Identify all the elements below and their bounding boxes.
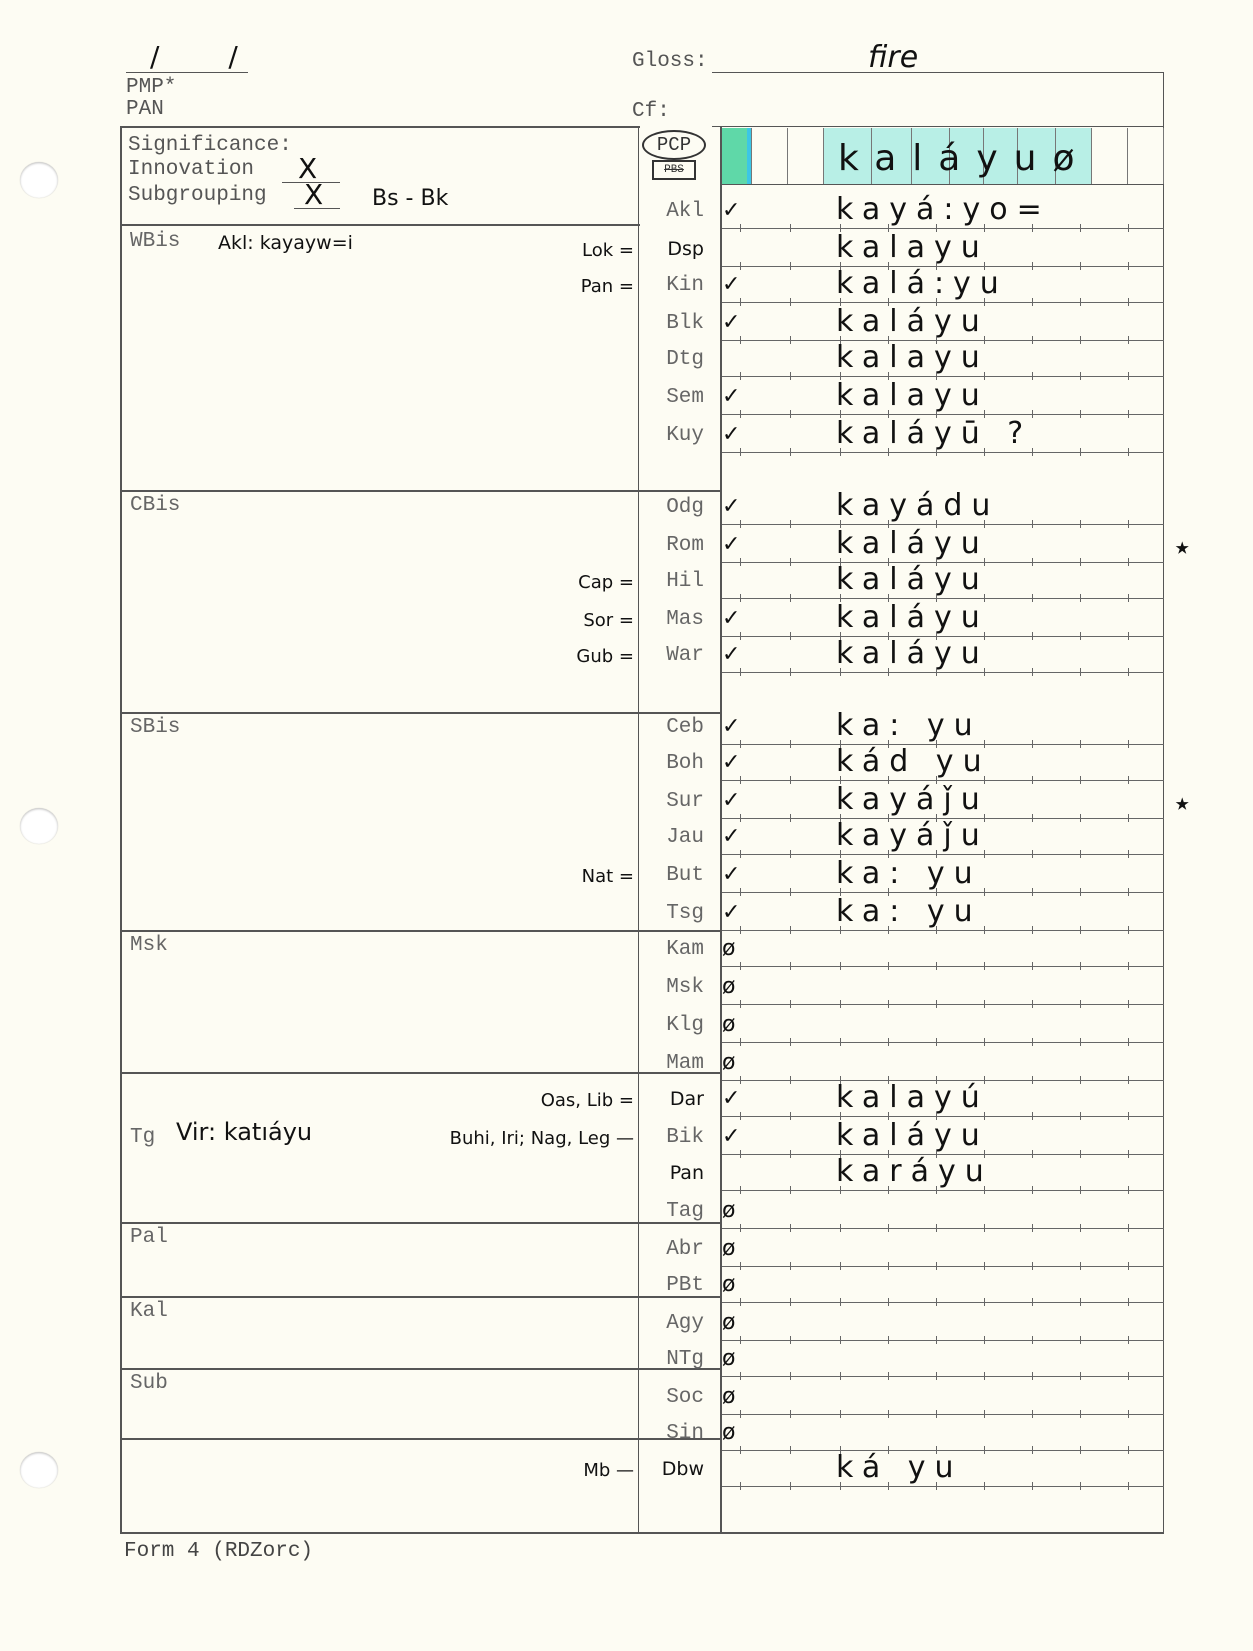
grid-tick xyxy=(740,224,741,232)
reflex-form[interactable]: kaláyu xyxy=(836,562,989,597)
grid-tick xyxy=(1128,298,1129,306)
grid-tick xyxy=(984,1038,985,1046)
grid-tick xyxy=(1080,1150,1081,1158)
grid-tick xyxy=(888,1410,889,1418)
absent-mark[interactable]: ø xyxy=(722,1236,735,1261)
reflex-form[interactable]: ká yu xyxy=(836,1450,963,1485)
grid-tick xyxy=(1080,668,1081,676)
punch-hole-middle xyxy=(20,808,58,844)
reflex-form[interactable]: kayá:yo= xyxy=(836,192,1051,227)
grid-tick xyxy=(984,888,985,896)
grid-tick xyxy=(1080,262,1081,270)
grid-tick xyxy=(1128,558,1129,566)
grid-tick xyxy=(740,926,741,934)
grid-tick xyxy=(1128,926,1129,934)
subgrouping-underline xyxy=(294,208,340,209)
pan-label: PAN xyxy=(126,98,164,121)
grid-tick xyxy=(1128,962,1129,970)
language-code: Tag xyxy=(628,1200,704,1223)
grid-tick xyxy=(840,668,841,676)
grid-tick xyxy=(1128,668,1129,676)
grid-tick xyxy=(936,668,937,676)
grid-tick xyxy=(790,850,791,858)
grid-tick xyxy=(984,1446,985,1454)
grid-tick xyxy=(740,1186,741,1194)
subgrouping-value[interactable]: X xyxy=(304,178,323,211)
protoform-cell xyxy=(1128,128,1164,184)
grid-tick xyxy=(740,1076,741,1084)
reflex-form[interactable]: kaláyu xyxy=(836,1118,989,1153)
protoform-cell xyxy=(752,128,788,184)
reflex-form[interactable]: kalayú xyxy=(836,1080,989,1115)
grid-tick xyxy=(888,1336,889,1344)
grid-tick xyxy=(1080,558,1081,566)
grid-tick xyxy=(1080,448,1081,456)
grid-tick xyxy=(1032,1150,1033,1158)
language-equivalence-note: Buhi, Iri; Nag, Leg — xyxy=(450,1128,634,1149)
row-rule xyxy=(722,1042,1164,1043)
reflex-form[interactable]: ka: yu xyxy=(836,856,982,891)
language-code: Tsg xyxy=(628,902,704,925)
reflex-form[interactable]: karáyu xyxy=(836,1154,993,1189)
reflex-form[interactable]: kayáǰu xyxy=(836,782,989,817)
absent-mark[interactable]: ø xyxy=(722,1012,735,1037)
grid-tick xyxy=(790,1336,791,1344)
checkmark-icon[interactable]: ✓ xyxy=(722,532,740,557)
language-code: Klg xyxy=(628,1014,704,1037)
pbs-label-struck: PBS xyxy=(652,160,696,180)
grid-tick xyxy=(888,1298,889,1306)
language-code: Sur xyxy=(628,790,704,813)
grid-tick xyxy=(1080,1336,1081,1344)
grid-tick xyxy=(740,448,741,456)
grid-tick xyxy=(1032,1410,1033,1418)
grid-tick xyxy=(1080,1000,1081,1008)
grid-tick xyxy=(840,1224,841,1232)
grid-tick xyxy=(1032,888,1033,896)
grid-tick xyxy=(740,888,741,896)
grid-tick xyxy=(936,1262,937,1270)
grid-tick xyxy=(1032,776,1033,784)
language-equivalence-note: Nat = xyxy=(582,866,634,887)
grid-tick xyxy=(1032,962,1033,970)
reflex-form[interactable]: ka: yu xyxy=(836,708,982,743)
reflex-form[interactable]: ka: yu xyxy=(836,894,982,929)
row-rule xyxy=(722,1302,1164,1303)
protoform-cell xyxy=(1092,128,1128,184)
grid-tick xyxy=(936,1336,937,1344)
row-rule xyxy=(722,598,1164,599)
grid-tick xyxy=(936,1482,937,1490)
reflex-form[interactable]: kaláyū ? xyxy=(836,416,1032,451)
grid-tick xyxy=(790,888,791,896)
absent-mark[interactable]: ø xyxy=(722,1310,735,1335)
checkmark-icon[interactable]: ✓ xyxy=(722,900,740,925)
grid-tick xyxy=(984,1262,985,1270)
grid-tick xyxy=(936,1224,937,1232)
grid-tick xyxy=(740,1336,741,1344)
reflex-form[interactable]: kayádu xyxy=(836,488,999,523)
grid-tick xyxy=(740,262,741,270)
grid-tick xyxy=(1128,1186,1129,1194)
grid-tick xyxy=(1128,850,1129,858)
grid-tick xyxy=(888,668,889,676)
grid-tick xyxy=(790,668,791,676)
grid-tick xyxy=(888,1224,889,1232)
language-code: Msk xyxy=(628,976,704,999)
date-field[interactable]: / / xyxy=(150,40,268,73)
section-divider xyxy=(120,712,722,714)
grid-tick xyxy=(790,372,791,380)
section-divider xyxy=(120,490,722,492)
grid-tick xyxy=(1032,336,1033,344)
grid-tick xyxy=(1128,1038,1129,1046)
grid-tick xyxy=(1080,520,1081,528)
grid-tick xyxy=(1032,1262,1033,1270)
grid-tick xyxy=(1032,1372,1033,1380)
grid-tick xyxy=(790,298,791,306)
grid-tick xyxy=(790,1446,791,1454)
form-footer: Form 4 (RDZorc) xyxy=(124,1540,313,1563)
language-code: Ceb xyxy=(628,716,704,739)
section-divider xyxy=(120,930,722,932)
grid-tick xyxy=(1032,668,1033,676)
absent-mark[interactable]: ø xyxy=(722,1420,735,1445)
grid-tick xyxy=(740,1112,741,1120)
grid-tick xyxy=(790,1262,791,1270)
grid-tick xyxy=(740,1446,741,1454)
language-code: Sem xyxy=(628,386,704,409)
grid-tick xyxy=(984,1000,985,1008)
language-code: Agy xyxy=(628,1312,704,1335)
grid-tick xyxy=(1032,1112,1033,1120)
reflex-form[interactable]: kaláyu xyxy=(836,600,989,635)
checkmark-icon[interactable]: ✓ xyxy=(722,788,740,813)
grid-tick xyxy=(888,1372,889,1380)
grid-tick xyxy=(1032,372,1033,380)
reflex-form[interactable]: kaláyu xyxy=(836,636,989,671)
grid-tick xyxy=(740,1372,741,1380)
row-rule xyxy=(722,892,1164,893)
grid-tick xyxy=(936,1410,937,1418)
grid-tick xyxy=(936,1298,937,1306)
grid-tick xyxy=(1128,814,1129,822)
language-code: Blk xyxy=(628,312,704,335)
row-rule xyxy=(722,1266,1164,1267)
grid-tick xyxy=(740,520,741,528)
grid-tick xyxy=(1080,1038,1081,1046)
grid-tick xyxy=(888,448,889,456)
grid-tick xyxy=(1128,1000,1129,1008)
reflex-form[interactable]: kayáǰu xyxy=(836,818,989,853)
language-code: Mam xyxy=(628,1052,704,1075)
grid-tick xyxy=(1128,1262,1129,1270)
innovation-label: Innovation xyxy=(128,158,254,181)
grid-tick xyxy=(840,1000,841,1008)
grid-tick xyxy=(740,1298,741,1306)
grid-tick xyxy=(1032,594,1033,602)
grid-tick xyxy=(790,262,791,270)
grid-tick xyxy=(1128,1372,1129,1380)
frame-top-left xyxy=(120,126,640,128)
language-code: Rom xyxy=(628,534,704,557)
grid-tick xyxy=(740,336,741,344)
grid-tick xyxy=(1080,1446,1081,1454)
grid-tick xyxy=(740,850,741,858)
protoform-cell xyxy=(788,128,824,184)
grid-tick xyxy=(1128,1150,1129,1158)
language-equivalence-note: Sor = xyxy=(583,610,634,631)
checkmark-icon[interactable]: ✓ xyxy=(722,642,740,667)
checkmark-icon[interactable]: ✓ xyxy=(722,862,740,887)
grid-tick xyxy=(740,1000,741,1008)
language-code: War xyxy=(628,644,704,667)
reflex-form[interactable]: kalayu xyxy=(836,340,989,375)
absent-mark[interactable]: ø xyxy=(722,1272,735,1297)
grid-tick xyxy=(1128,1482,1129,1490)
grid-tick xyxy=(1032,520,1033,528)
row-rule xyxy=(722,1340,1164,1341)
language-equivalence-note: Oas, Lib = xyxy=(541,1090,634,1111)
frame-top-right xyxy=(712,126,1164,127)
section-note: Vir: katıáyu xyxy=(176,1118,312,1146)
protoform-value[interactable]: kaláyuø xyxy=(838,138,1090,179)
grid-tick xyxy=(740,1150,741,1158)
language-code: But xyxy=(628,864,704,887)
row-rule xyxy=(722,854,1164,855)
grid-tick xyxy=(1128,632,1129,640)
grid-tick xyxy=(1128,1076,1129,1084)
grid-tick xyxy=(984,1482,985,1490)
reflex-form[interactable]: kád yu xyxy=(836,744,991,779)
reflex-form[interactable]: kalayu xyxy=(836,230,989,265)
grid-tick xyxy=(1128,888,1129,896)
grid-tick xyxy=(790,926,791,934)
grid-tick xyxy=(984,850,985,858)
checkmark-icon[interactable]: ✓ xyxy=(722,422,740,447)
grid-tick xyxy=(1032,1298,1033,1306)
grid-tick xyxy=(984,962,985,970)
grid-tick xyxy=(1128,448,1129,456)
grid-tick xyxy=(984,926,985,934)
grid-tick xyxy=(840,1262,841,1270)
grid-tick xyxy=(1128,336,1129,344)
grid-tick xyxy=(984,1336,985,1344)
language-code: Akl xyxy=(628,200,704,223)
gloss-label: Gloss: xyxy=(632,50,708,73)
significance-bottom xyxy=(120,224,640,226)
grid-tick xyxy=(1080,1410,1081,1418)
checkmark-icon[interactable]: ✓ xyxy=(722,494,740,519)
grid-tick xyxy=(840,1298,841,1306)
section-label: Msk xyxy=(130,934,168,957)
reflex-form[interactable]: kaláyu xyxy=(836,526,989,561)
gloss-value[interactable]: fire xyxy=(868,40,918,75)
grid-tick xyxy=(790,962,791,970)
grid-tick xyxy=(1128,1224,1129,1232)
grid-tick xyxy=(790,224,791,232)
absent-mark[interactable]: ø xyxy=(722,1384,735,1409)
grid-tick xyxy=(1032,632,1033,640)
grid-tick xyxy=(740,776,741,784)
checkmark-icon[interactable]: ✓ xyxy=(722,1086,740,1111)
grid-tick xyxy=(1080,888,1081,896)
grid-tick xyxy=(740,632,741,640)
grid-tick xyxy=(1032,1224,1033,1232)
language-code: Dar xyxy=(628,1088,704,1110)
absent-mark[interactable]: ø xyxy=(722,1050,735,1075)
row-rule xyxy=(722,966,1164,967)
row-rule xyxy=(722,1228,1164,1229)
grid-tick xyxy=(984,1410,985,1418)
language-code: Dtg xyxy=(628,348,704,371)
grid-tick xyxy=(840,926,841,934)
language-code: Bik xyxy=(628,1126,704,1149)
language-code: Pan xyxy=(628,1162,704,1184)
frame-bottom xyxy=(120,1532,1164,1534)
language-code: Jau xyxy=(628,826,704,849)
frame-right xyxy=(1163,72,1164,1534)
grid-tick xyxy=(1032,926,1033,934)
checkmark-icon[interactable]: ✓ xyxy=(722,310,740,335)
checkmark-icon[interactable]: ✓ xyxy=(722,606,740,631)
grid-tick xyxy=(790,1372,791,1380)
grid-tick xyxy=(740,410,741,418)
pmp-label: PMP* xyxy=(126,76,176,99)
subgrouping-label: Subgrouping xyxy=(128,184,267,207)
punch-hole-bottom xyxy=(20,1452,58,1488)
grid-tick xyxy=(1128,776,1129,784)
reflex-form[interactable]: kalá:yu xyxy=(836,266,1008,301)
grid-tick xyxy=(790,1112,791,1120)
language-equivalence-note: Pan = xyxy=(581,276,634,297)
row-rule xyxy=(722,376,1164,377)
grid-tick xyxy=(1032,740,1033,748)
language-code: Odg xyxy=(628,496,704,519)
grid-tick xyxy=(936,926,937,934)
grid-tick xyxy=(1128,1410,1129,1418)
significance-title: Significance: xyxy=(128,134,292,157)
reflex-form[interactable]: kalayu xyxy=(836,378,989,413)
grid-tick xyxy=(936,448,937,456)
checkmark-icon[interactable]: ✓ xyxy=(722,384,740,409)
grid-tick xyxy=(888,962,889,970)
language-code: Mas xyxy=(628,608,704,631)
grid-tick xyxy=(840,1410,841,1418)
row-rule xyxy=(722,1486,1164,1487)
grid-tick xyxy=(1080,776,1081,784)
checkmark-icon[interactable]: ✓ xyxy=(722,714,740,739)
grid-tick xyxy=(1128,1336,1129,1344)
checkmark-icon[interactable]: ✓ xyxy=(722,750,740,775)
grid-tick xyxy=(1080,336,1081,344)
grid-tick xyxy=(840,1038,841,1046)
row-rule xyxy=(722,930,1164,931)
checkmark-icon[interactable]: ✓ xyxy=(722,824,740,849)
grid-tick xyxy=(1080,632,1081,640)
grid-tick xyxy=(936,1186,937,1194)
grid-tick xyxy=(1080,224,1081,232)
grid-tick xyxy=(740,740,741,748)
grid-tick xyxy=(790,520,791,528)
row-rule xyxy=(722,1414,1164,1415)
grid-tick xyxy=(1032,814,1033,822)
language-equivalence-note: Cap = xyxy=(578,572,634,593)
language-code: Kin xyxy=(628,274,704,297)
grid-tick xyxy=(740,1262,741,1270)
grid-tick xyxy=(1080,1298,1081,1306)
checkmark-icon[interactable]: ✓ xyxy=(722,272,740,297)
grid-tick xyxy=(1080,850,1081,858)
language-code: Kuy xyxy=(628,424,704,447)
grid-tick xyxy=(790,1410,791,1418)
grid-tick xyxy=(790,448,791,456)
grid-tick xyxy=(1128,740,1129,748)
grid-tick xyxy=(740,962,741,970)
frame-left xyxy=(120,126,122,1533)
row-rule xyxy=(722,524,1164,525)
grid-tick xyxy=(840,1372,841,1380)
grid-tick xyxy=(1128,224,1129,232)
grid-tick xyxy=(1128,372,1129,380)
grid-tick xyxy=(740,594,741,602)
grid-tick xyxy=(840,1336,841,1344)
language-code: Dsp xyxy=(628,238,704,260)
section-label: Kal xyxy=(130,1300,168,1323)
grid-tick xyxy=(888,1482,889,1490)
grid-tick xyxy=(1032,224,1033,232)
language-code: Kam xyxy=(628,938,704,961)
grid-tick xyxy=(936,962,937,970)
reflex-form[interactable]: kaláyu xyxy=(836,304,989,339)
grid-tick xyxy=(1128,520,1129,528)
grid-tick xyxy=(888,1262,889,1270)
grid-tick xyxy=(1080,1262,1081,1270)
section-label: SBis xyxy=(130,716,180,739)
checkmark-icon[interactable]: ✓ xyxy=(722,198,740,223)
punch-hole-top xyxy=(20,162,58,198)
grid-tick xyxy=(1032,1482,1033,1490)
grid-tick xyxy=(1032,298,1033,306)
checkmark-icon[interactable]: ✓ xyxy=(722,1124,740,1149)
grid-tick xyxy=(1080,926,1081,934)
grid-tick xyxy=(984,1186,985,1194)
grid-tick xyxy=(790,776,791,784)
row-rule xyxy=(722,302,1164,303)
grid-tick xyxy=(1080,1224,1081,1232)
absent-mark[interactable]: ø xyxy=(722,1346,735,1371)
row-rule xyxy=(722,1116,1164,1117)
absent-mark[interactable]: ø xyxy=(722,1198,735,1223)
grid-tick xyxy=(1080,962,1081,970)
language-code: Soc xyxy=(628,1386,704,1409)
grid-tick xyxy=(1128,1446,1129,1454)
absent-mark[interactable]: ø xyxy=(722,974,735,999)
grid-tick xyxy=(740,668,741,676)
grid-tick xyxy=(840,1482,841,1490)
grid-tick xyxy=(1080,1482,1081,1490)
grid-tick xyxy=(1032,558,1033,566)
grid-tick xyxy=(888,1000,889,1008)
grid-tick xyxy=(1128,594,1129,602)
grid-tick xyxy=(936,1000,937,1008)
absent-mark[interactable]: ø xyxy=(722,936,735,961)
grid-tick xyxy=(888,1038,889,1046)
grid-tick xyxy=(1032,1446,1033,1454)
grid-tick xyxy=(984,668,985,676)
grid-tick xyxy=(1032,850,1033,858)
grid-tick xyxy=(1128,1298,1129,1306)
